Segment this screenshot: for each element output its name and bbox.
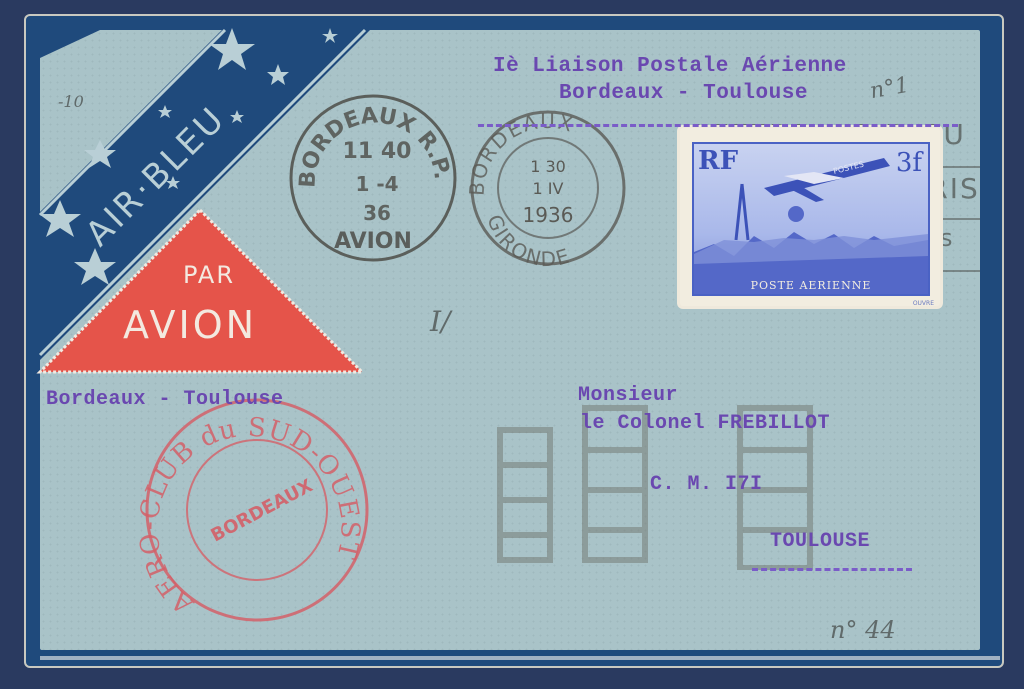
pencil-note-bottom-right: n° 44 (830, 616, 896, 644)
address-dashed-rule (752, 568, 912, 571)
header-line-1: Iè Liaison Postale Aérienne (493, 55, 847, 78)
stamp-caption: POSTE AERIENNE (694, 279, 928, 292)
address-line-4: TOULOUSE (770, 530, 870, 553)
stamp-value: 3f (896, 148, 922, 178)
postmark-bordeaux-rp: BORDEAUX R.P. AVION 11 40 1 -4 36 (285, 88, 465, 268)
pencil-note-middle: I/ (430, 305, 451, 338)
svg-text:1 IV: 1 IV (533, 179, 564, 198)
pencil-note-top-left: -10 (58, 92, 84, 111)
address-line-2: le Colonel FREBILLOT (580, 412, 830, 435)
route-line: Bordeaux - Toulouse (46, 388, 284, 411)
svg-text:36: 36 (363, 201, 391, 225)
header-line-2: Bordeaux - Toulouse (559, 82, 808, 105)
address-line-1: Monsieur (578, 384, 678, 407)
stamp-designer: OUVRE (913, 300, 934, 307)
aero-club-cachet: AERO-CLUB du SUD-OUEST BORDEAUX (135, 392, 385, 632)
svg-text:1 -4: 1 -4 (355, 172, 398, 196)
avion-text: AVION (123, 303, 257, 347)
par-text: PAR (183, 261, 235, 289)
svg-text:1 30: 1 30 (530, 157, 566, 176)
stamp-country: RF (698, 146, 738, 176)
svg-text:11 40: 11 40 (343, 139, 412, 164)
postmark-bordeaux-gironde: BORDEAUX GIRONDE 1 30 1 IV 1936 (462, 108, 638, 268)
address-line-3: C. M. I7I (650, 473, 763, 496)
svg-text:BORDEAUX: BORDEAUX (207, 475, 316, 546)
svg-text:1936: 1936 (523, 203, 574, 227)
svg-text:AVION: AVION (334, 229, 412, 254)
postage-stamp: POSTES RF 3f POSTE AERIENNE OUVRE (680, 128, 940, 306)
header-dashed-rule (478, 124, 958, 127)
